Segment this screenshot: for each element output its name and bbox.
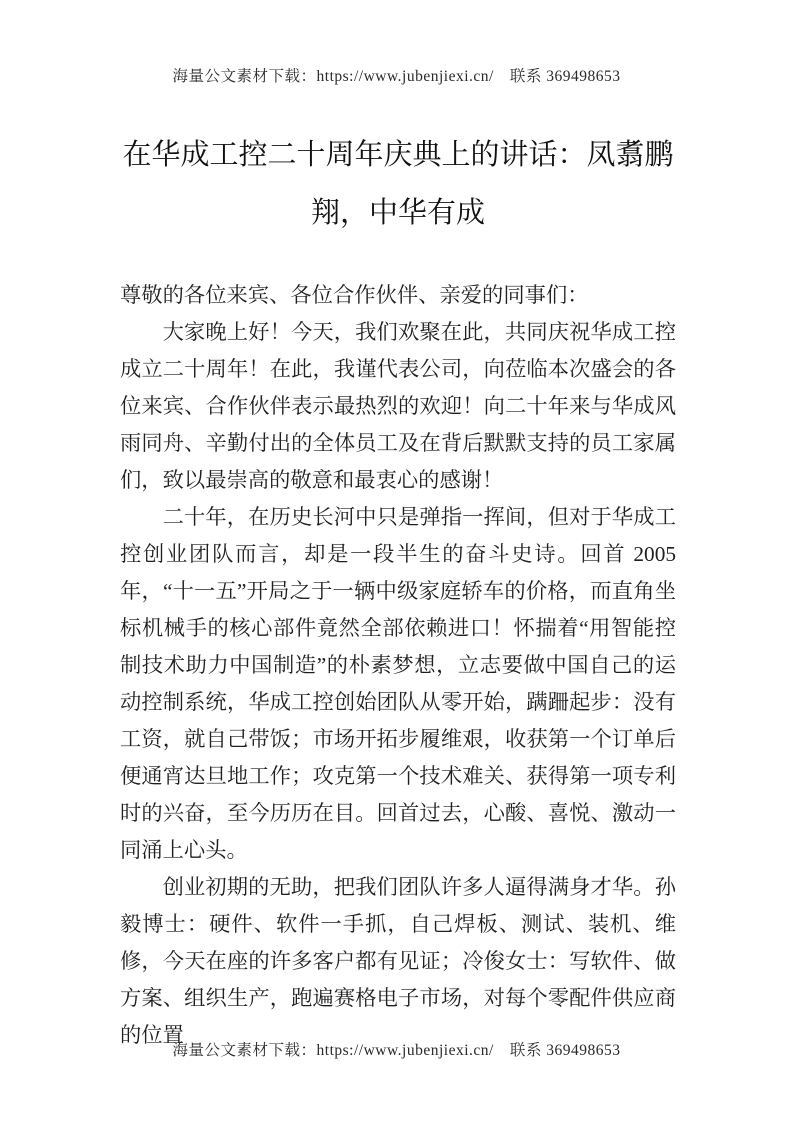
- footer-watermark: 海量公文素材下载：https://www.jubenjiexi.cn/ 联系 3…: [0, 1038, 793, 1060]
- paragraph: 创业初期的无助，把我们团队许多人逼得满身才华。孙毅博士：硬件、软件一手抓，自己焊…: [120, 869, 676, 1054]
- paragraph: 大家晚上好！今天，我们欢聚在此，共同庆祝华成工控成立二十周年！在此，我谨代表公司…: [120, 314, 676, 499]
- document-title: 在华成工控二十周年庆典上的讲话：凤翥鹏翔，中华有成: [120, 126, 676, 242]
- header-watermark: 海量公文素材下载：https://www.jubenjiexi.cn/ 联系 3…: [0, 64, 793, 86]
- paragraph-salutation: 尊敬的各位来宾、各位合作伙伴、亲爱的同事们：: [120, 277, 676, 314]
- document-content: 在华成工控二十周年庆典上的讲话：凤翥鹏翔，中华有成 尊敬的各位来宾、各位合作伙伴…: [120, 126, 676, 1054]
- document-page: 海量公文素材下载：https://www.jubenjiexi.cn/ 联系 3…: [0, 0, 793, 1122]
- document-body: 尊敬的各位来宾、各位合作伙伴、亲爱的同事们： 大家晚上好！今天，我们欢聚在此，共…: [120, 277, 676, 1054]
- paragraph: 二十年，在历史长河中只是弹指一挥间，但对于华成工控创业团队而言，却是一段半生的奋…: [120, 499, 676, 869]
